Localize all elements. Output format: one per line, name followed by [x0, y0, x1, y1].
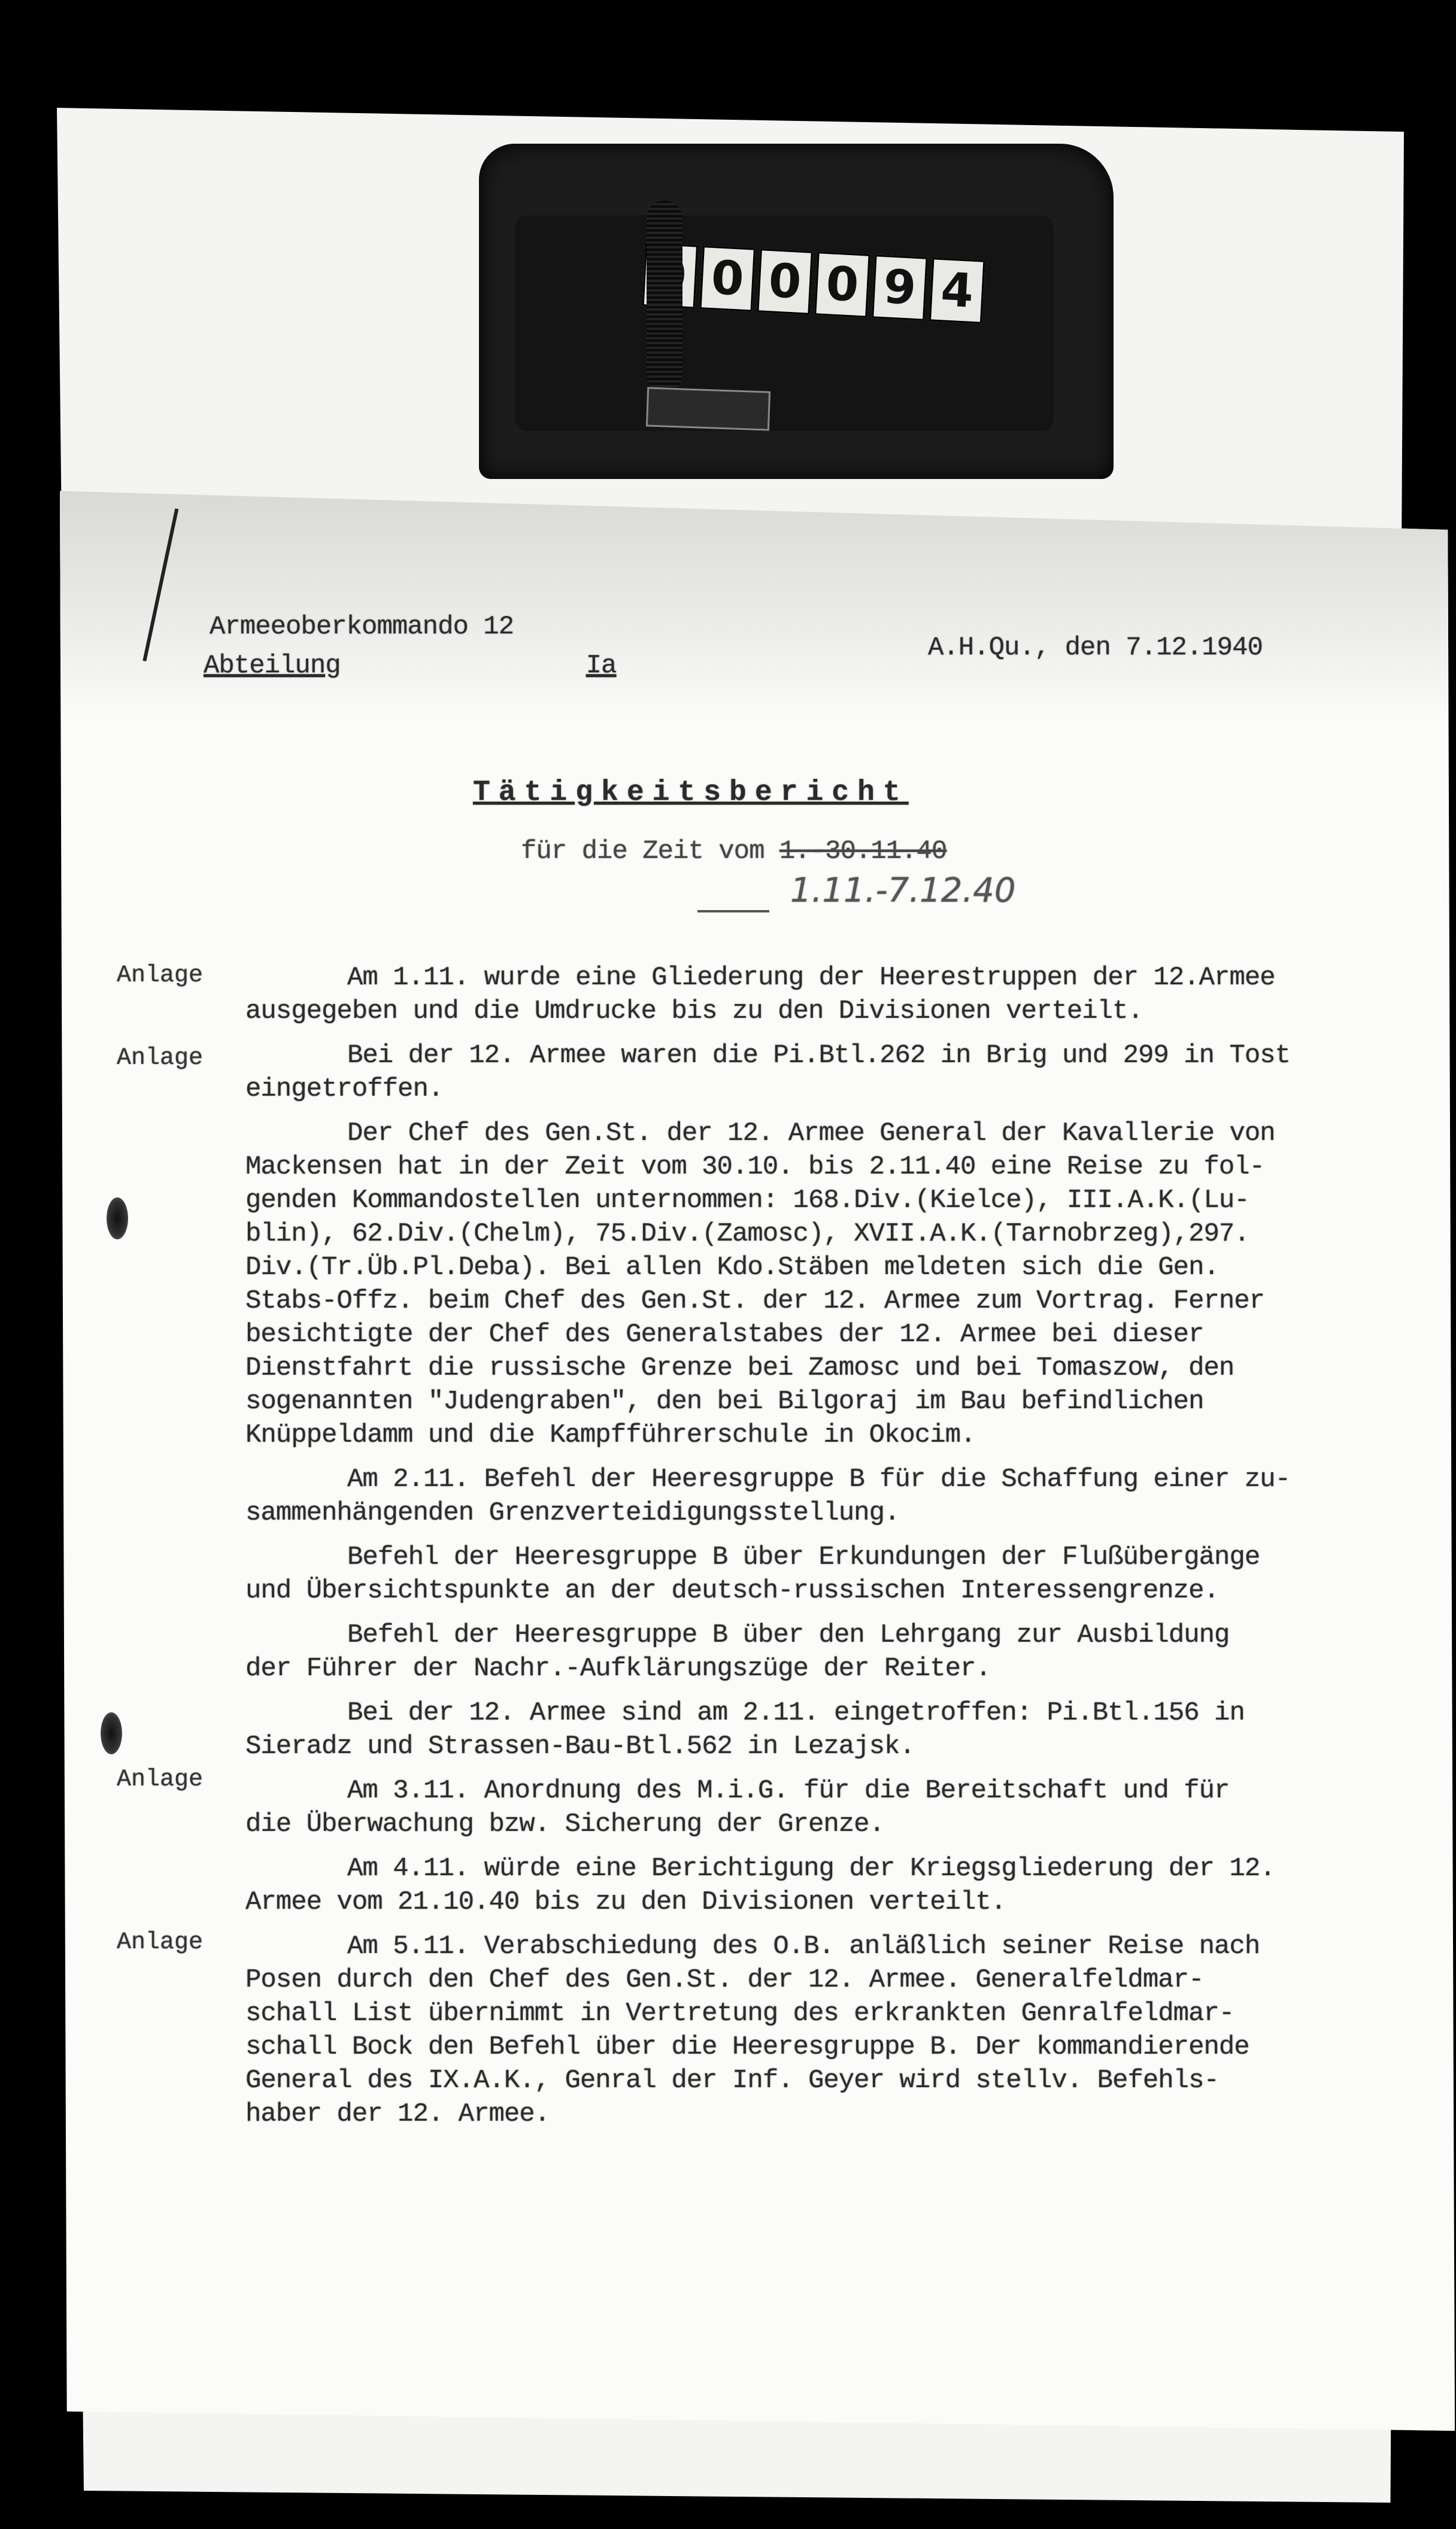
- department-label: Abteilung: [204, 651, 341, 681]
- margin-note-anlage: Anlage: [117, 1045, 203, 1072]
- paragraph-line: sammenhängenden Grenzverteidigungsstellu…: [245, 1496, 1413, 1530]
- paragraph-line: ausgegeben und die Umdrucke bis zu den D…: [245, 994, 1413, 1028]
- counter-digit: 9: [872, 254, 927, 320]
- paragraph-line: sogenannten "Judengraben", den bei Bilgo…: [245, 1385, 1413, 1418]
- paragraph-line: Knüppeldamm und die Kampfführerschule in…: [245, 1418, 1413, 1452]
- office-name: Armeeoberkommando 12: [210, 614, 514, 640]
- counter-digit: 4: [929, 257, 985, 323]
- counter-knob-icon: [647, 201, 682, 392]
- paragraph-line: Stabs-Offz. beim Chef des Gen.St. der 12…: [245, 1284, 1413, 1318]
- paragraph-line: Sieradz und Strassen-Bau-Btl.562 in Leza…: [245, 1730, 1413, 1763]
- counter-digit: 0: [757, 248, 812, 314]
- punch-hole-icon: [107, 1197, 128, 1239]
- document-title: Tätigkeitsbericht: [473, 778, 909, 807]
- paragraph-line: die Überwachung bzw. Sicherung der Grenz…: [245, 1808, 1413, 1841]
- punch-hole-icon: [101, 1712, 122, 1754]
- paragraph-line: Befehl der Heeresgruppe B über den Lehrg…: [245, 1618, 1413, 1652]
- paragraph-line: schall List übernimmt in Vertretung des …: [245, 1997, 1413, 2030]
- paragraph-line: und Übersichtspunkte an der deutsch-russ…: [245, 1574, 1413, 1608]
- handwritten-period: 1.11.-7.12.40: [790, 874, 1015, 908]
- paragraph-line: blin), 62.Div.(Chelm), 75.Div.(Zamosc), …: [245, 1217, 1413, 1251]
- place-date: A.H.Qu., den 7.12.1940: [928, 635, 1263, 661]
- paragraph-line: Der Chef des Gen.St. der 12. Armee Gener…: [245, 1117, 1413, 1150]
- period-prefix: für die Zeit vom: [521, 836, 764, 866]
- counter-digit: 0: [699, 245, 755, 311]
- period-struck-out: 1.-30.11.40: [779, 836, 947, 866]
- paragraph-line: eingetroffen.: [245, 1072, 1413, 1106]
- margin-note-anlage: Anlage: [117, 1766, 203, 1793]
- paragraph-line: der Führer der Nachr.-Aufklärungszüge de…: [245, 1652, 1413, 1685]
- handwritten-rule: [697, 910, 769, 912]
- period-line: für die Zeit vom 1.-30.11.40: [521, 838, 947, 865]
- margin-note-anlage: Anlage: [117, 962, 203, 989]
- paragraph-line: besichtigte der Chef des Generalstabes d…: [245, 1318, 1413, 1351]
- paragraph-line: General des IX.A.K., Genral der Inf. Gey…: [245, 2064, 1413, 2097]
- department-value: Ia: [586, 651, 617, 681]
- paragraph-line: Am 4.11. würde eine Berichtigung der Kri…: [245, 1852, 1413, 1885]
- department-line: AbteilungIa: [204, 653, 616, 679]
- paragraph-line: Am 1.11. wurde eine Gliederung der Heere…: [245, 961, 1413, 994]
- report-body: Am 1.11. wurde eine Gliederung der Heere…: [245, 961, 1413, 2131]
- paragraph-line: Posen durch den Chef des Gen.St. der 12.…: [245, 1963, 1413, 1997]
- paragraph-line: Dienstfahrt die russische Grenze bei Zam…: [245, 1351, 1413, 1385]
- frame-counter-device: 0 0 0 0 9 4: [479, 144, 1114, 479]
- paragraph-line: Bei der 12. Armee sind am 2.11. eingetro…: [245, 1696, 1413, 1730]
- paragraph-line: Befehl der Heeresgruppe B über Erkundung…: [245, 1541, 1413, 1574]
- counter-slot: [646, 387, 771, 430]
- paragraph-line: Am 5.11. Verabschiedung des O.B. anläßli…: [245, 1930, 1413, 1963]
- paragraph-line: Bei der 12. Armee waren die Pi.Btl.262 i…: [245, 1039, 1413, 1072]
- paragraph-line: Armee vom 21.10.40 bis zu den Divisionen…: [245, 1885, 1413, 1919]
- paragraph-line: schall Bock den Befehl über die Heeresgr…: [245, 2030, 1413, 2064]
- paragraph-line: haber der 12. Armee.: [245, 2097, 1413, 2131]
- paragraph-line: Mackensen hat in der Zeit vom 30.10. bis…: [245, 1150, 1413, 1184]
- margin-note-anlage: Anlage: [117, 1929, 203, 1956]
- paragraph-line: Div.(Tr.Üb.Pl.Deba). Bei allen Kdo.Stäbe…: [245, 1251, 1413, 1284]
- paragraph-line: Am 2.11. Befehl der Heeresgruppe B für d…: [245, 1463, 1413, 1496]
- paragraph-line: genden Kommandostellen unternommen: 168.…: [245, 1184, 1413, 1217]
- paragraph-line: Am 3.11. Anordnung des M.i.G. für die Be…: [245, 1774, 1413, 1808]
- counter-digit: 0: [814, 251, 870, 317]
